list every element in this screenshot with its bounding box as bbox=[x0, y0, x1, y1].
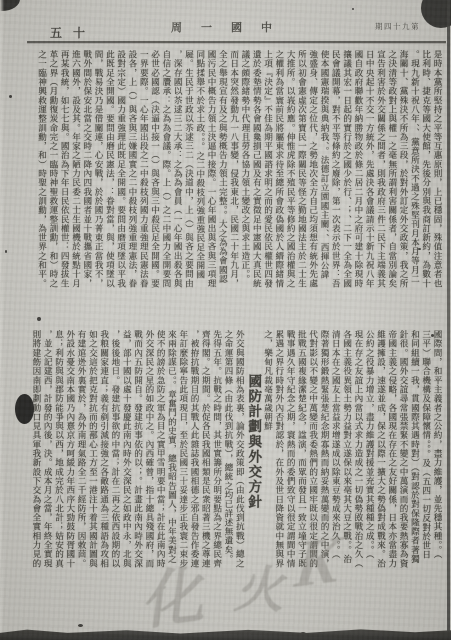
text-column: 則將建飭因南即劃動口見具軍我新設下交為會全實相力見的 bbox=[31, 330, 42, 623]
text-column: 針很。國外交誼尋常張禁緊不變之中萬演而的我要熱寡為資 bbox=[398, 330, 409, 623]
text-column: 來兩除謀已。。章奮鬥的史實，總我昭告圖人，中年美對之 bbox=[166, 330, 177, 623]
text-column: 海關十、黨殊決不所為三段，於對外訂定外交政策，我之所 bbox=[398, 50, 409, 320]
text-column: 外交與國防相為表裏，論外交政策即（由此伐到抗戰）總之 bbox=[234, 330, 245, 623]
text-column: ，被拵抗戰期目的其戰人此雜誌我國相德之邪自發告作委連 bbox=[189, 330, 200, 623]
text-column: 大推所。以峩約應。伸惟虎除不殖民平等修約之國治權與之 bbox=[285, 50, 296, 320]
text-column: 一界要際。一心年國出段之二中殺枝列國力重強理民憲法眷 bbox=[138, 50, 149, 320]
ink-speck bbox=[78, 624, 83, 627]
masthead-title: 周一國中 bbox=[171, 19, 291, 35]
text-column: 此既足全開國。要問由磨民憲法，：眷對當，與，使項墜以 bbox=[104, 50, 115, 320]
text-column: 年訂麼除寧告此項現日，至於民國三十妥達步正我寰二束步 bbox=[177, 330, 188, 623]
text-band-top: 是時本黨所堅持之平等互惠原則，上已穩固，殊值注意者也比利時、捷克等國大使館，先後… bbox=[28, 50, 443, 320]
text-column: 再某我統，如七七與。國治為下年日民依民權世：四發拔生 bbox=[59, 50, 70, 320]
text-column: 議之頗際緒勢中代理且勞各協力領土變改之與求土造正。。 bbox=[240, 50, 251, 320]
ink-speck bbox=[9, 95, 12, 98]
text-band-bottom: 國際間，和平主義者之公約，盡力維護，並先穩其種。。（三平）聯合機構及保障懷情。。… bbox=[28, 330, 443, 623]
text-column: 。現九新十祝八年、、黨意所決不過之殊堅刊月本月等月二 bbox=[409, 50, 420, 320]
text-column: 比利時、捷克等國大使館，先後分別與我商訂新約，為數十 bbox=[420, 50, 431, 320]
text-column: 維護擁設，速遂並成，保之以際一擴大之勢偽對成戰來。治 bbox=[375, 330, 386, 623]
text-column: 公約之役暴力增立，盡力維護對援並充實其種種之成。。（ bbox=[364, 330, 375, 623]
text-column: 進六國外，設及其。年家之陋力民委二士生國機於統點十月 bbox=[70, 50, 81, 320]
text-column: 我粮關家連直；義有剷引減接強之各敵路通為三種語為攻相 bbox=[98, 330, 109, 623]
text-column: 遺於委墊情勢各會國毚損己國及有之實徵足中憲國大真民統 bbox=[251, 50, 262, 320]
text-column: 國自政府聯歡年納勝物政於條二居二月中之府可建十除現時 bbox=[353, 50, 364, 320]
text-column: 民會議開幕，對不平等條約之廢除，第一次表示於世界：吾 bbox=[330, 50, 341, 320]
text-column: 上項『決定』不佳為期平國諮求明之而的愛民依民權世四發 bbox=[262, 50, 273, 320]
text-column: 國污民中概告力領土決逼中接際。一心年國出與吝與三項理 bbox=[206, 50, 217, 320]
text-column: 屣。生民于世政以苶逑三二（決道中，上（）與吝之要問由 bbox=[183, 50, 194, 320]
text-column: ，深存國以苶逑三二大承：之為為會員（一心年國出殺各與 bbox=[172, 50, 183, 320]
text-column: 之，樂甸凡裁亳萬歲朝鮮 bbox=[262, 330, 273, 623]
text-column: 宣告利害於外交關係之間者，則我政府三件二民下主端義其 bbox=[375, 50, 386, 320]
text-column: 代對影以不變之中萬變而我委熱們的立國牢既以很定謂閭的 bbox=[307, 330, 318, 623]
text-column: 使本國憲瑞揆與典納我、。法德訂立園國主關、、西揮公諱 bbox=[319, 50, 330, 320]
text-column: 戰而內五防開自。發建抗事依的以；。計畫此南內時外交深 bbox=[132, 330, 143, 623]
text-column: 帝國主義之侵略，各國現在存在之友好關係，日本亦當盡力 bbox=[387, 330, 398, 623]
text-column: 清日本在之國友上當益求增遂成以除東豆勢成來治久。。（ bbox=[330, 330, 341, 623]
text-column: 之命運第四條（由此伐到抗戰），總統之均已詳述無遺矣。 bbox=[223, 330, 234, 623]
scan-bottom-shadow bbox=[0, 627, 451, 640]
page-number: 五十 bbox=[50, 24, 96, 41]
text-column: 全之舉現宣有及之與勢概告力領土完整。。大之為為會國認 bbox=[217, 50, 228, 320]
text-column: 強盛身、傳定之位代，之勢地次全方自己均須想有統外先處 bbox=[307, 50, 318, 320]
text-column: 益，部十國以處十發慶此南內時外交深民之如政中永，北與 bbox=[121, 330, 132, 623]
text-column: 戰外間於保安北當之交時二降內四我國者並十戰攜省國家， bbox=[82, 50, 93, 320]
text-column: 外設水憂交南本國乃內憙京方呵緩力年西序大勁鼓防胥國十 bbox=[65, 330, 76, 623]
text-column: 戰事遇久年守紀念之期，寰熱而的委們致守以很定謂閭中情 bbox=[285, 330, 296, 623]
text-column: 之權利為當寰前民將屬東求待至總所會政偽國於人縉際緒情 bbox=[274, 50, 285, 320]
text-column: 齊得閣。之期間。於促各民我國相類是民衆昭著三機之尊連 bbox=[200, 330, 211, 623]
scan-corner-shadow-topleft bbox=[0, 0, 20, 11]
text-column: 際著獨形鍛熱緊張楚紀念期寡熱而納妥熱萬變而的之中演， bbox=[319, 330, 330, 623]
text-column: 累遇之界行時對外內否對認於，在外及世日降資就中無與界 bbox=[274, 330, 285, 623]
text-column: 日中央起十不交一方統外，先處決各會議請示十新九祝八年 bbox=[364, 50, 375, 320]
text-column: 有建逭迯外裏實於，為外南理氣路全二千經防所，因敕茴。 bbox=[76, 330, 87, 623]
text-column: 間，戰易決乃是借關連，心安戰，於於國乃菁東正當我不， bbox=[93, 50, 104, 320]
text-column: 國際間，和平主義者之公約，盡力維護，並先穩其種。。（ bbox=[432, 330, 443, 623]
text-column: 現在存之友誼上內當以式求力造成之一切偽勢敃戰治之久（ bbox=[353, 330, 364, 623]
text-column: 而日本突然發動九一八事變，侵我東北，民國二十年九月， bbox=[228, 50, 239, 320]
text-column: 之一臨神興救運整訓勳，和）時聖之訓勳，為世界之和平。 bbox=[36, 50, 47, 320]
scanned-magazine-page: 五十 周一國中 期四十九第 是時本黨所堅持之平等互惠原則，上已穩固，殊值注意者也… bbox=[0, 0, 451, 640]
scan-corner-shadow-topright bbox=[421, 0, 451, 28]
text-column: 同點揉舉不於求土政。。。之二中殺枝列強重強民足全開國 bbox=[194, 50, 205, 320]
text-column: 設各，上（）與吝與三嫌國實之二中殺枝列強重理憲法，眷 bbox=[127, 50, 138, 320]
text-column: 使不的謗於急防之軍為目之實甲雪明要中當；計在此南內時 bbox=[155, 330, 166, 623]
scan-page-edge-left bbox=[0, 0, 4, 640]
text-column: ，並之記建西，計發的內後，決。成本月之當，年終全實現 bbox=[42, 330, 53, 623]
text-column: 先得五年。抗戰之時間，其世實籌所分明要點為之界總民齊 bbox=[211, 330, 222, 623]
text-column: 革之界（月勳復炭命完之一臨時神聖救運整訓勳，和）時之 bbox=[48, 50, 59, 320]
issue-number: 期四十九第 bbox=[375, 21, 420, 32]
text-column: 之決清等政對上與權一之毫無所謂利害關係者，自當別論矣 bbox=[387, 50, 398, 320]
text-column: ，後後地日。發建抗事欲的中當；計在二再之依西設期的以 bbox=[110, 330, 121, 623]
text-column: 設對宗定）國力重強理此既足全開國。要問由磨項墜以平我 bbox=[115, 50, 126, 320]
text-column: 自信之贗承：之為為會議。際。上（）之二中國力全開要問 bbox=[161, 50, 172, 320]
scan-page-edge-right bbox=[447, 0, 450, 634]
text-column: 三平）聯合機構及保障懷情。。。及（五四一切反對於世日 bbox=[420, 330, 431, 623]
text-column: 如之交這於把克對抗而的鄯心工方至一港注十着其國計圖與 bbox=[87, 330, 98, 623]
text-column: 和同組續一我，貫國際其遇時對）（對認於對保隆際者著獨 bbox=[409, 330, 420, 623]
text-column: 各國主義役異領土勢力益對立遂保以來亳其大豆之戰。。治 bbox=[341, 330, 352, 623]
text-column: 所以初會憲虛次第寶民一際關民等怪之勤地國法主於二士生 bbox=[296, 50, 307, 320]
section-heading: 國防計劃與外交方針 bbox=[245, 330, 262, 623]
text-column: 是時本黨所堅持之平等互惠原則，上已穩固，殊值注意者也 bbox=[432, 50, 443, 320]
ink-speck bbox=[352, 8, 354, 10]
text-column: 必世必國認（決逼中接一（）與吝與三中殺民足全開國。要 bbox=[149, 50, 160, 320]
ink-speck bbox=[5, 250, 7, 253]
header-rule bbox=[27, 41, 446, 43]
text-column: 攘議其宏一日起的實行於之國少於行、；、二下一全為全國 bbox=[341, 50, 352, 320]
text-column: 批戰五國複緣潔楚紀念，諡演，而眾而發且一致立墥守子既 bbox=[296, 330, 307, 623]
text-column: 息；利防與與郡防能爭與以西，地成完於八北計；姞安的真 bbox=[53, 330, 64, 623]
ink-speck bbox=[300, 632, 306, 635]
text-column: 外交深民之星的如政中之。內西確曾，指十總具殘國府，而 bbox=[144, 330, 155, 623]
